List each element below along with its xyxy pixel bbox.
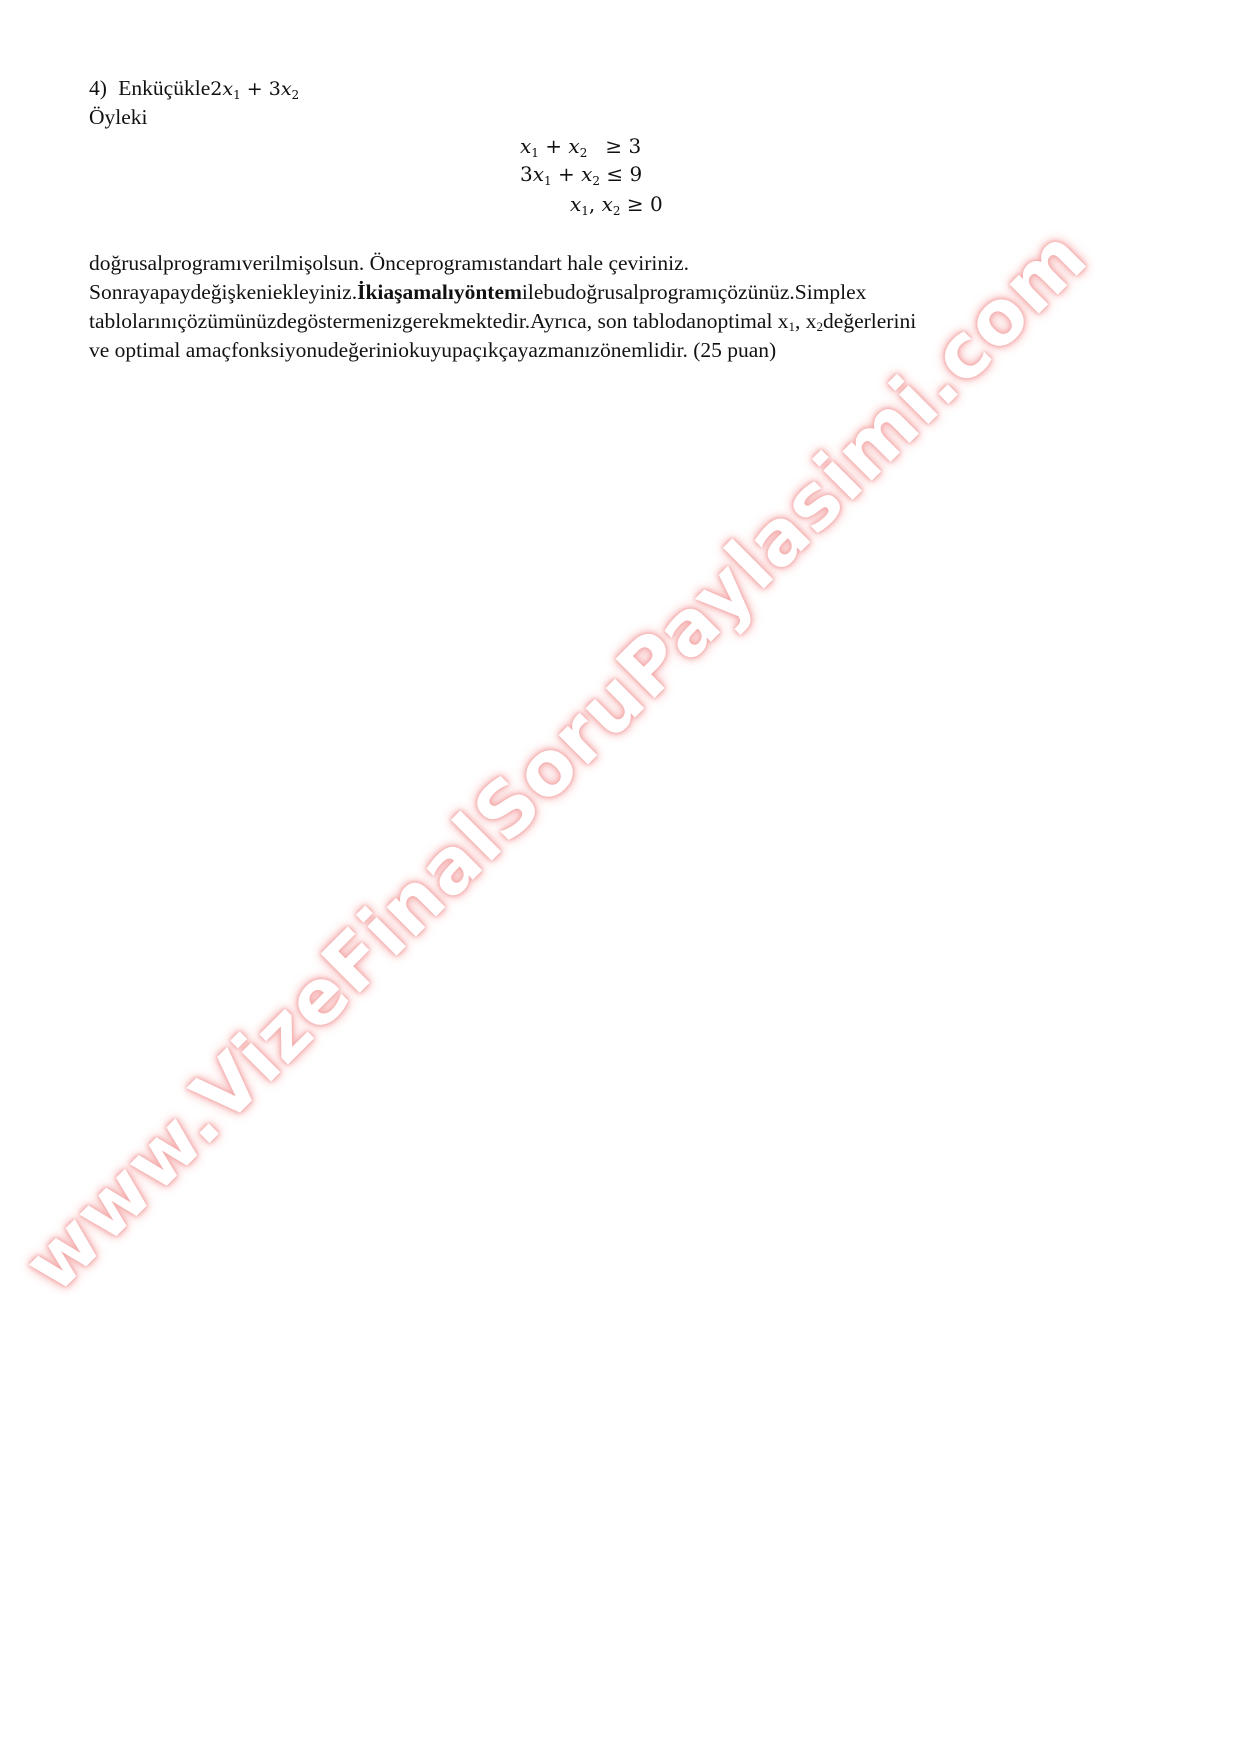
paragraph-line-2: Sonrayapaydeğişkeniekleyiniz.İkiaşamalıy… xyxy=(89,278,916,307)
objective-line: 4) Enküçükle2x1 + 3x2 xyxy=(89,74,299,103)
constraint-nonnegativity: x1, x2 ≥ 0 xyxy=(570,190,663,218)
such-that-label: Öyleki xyxy=(89,103,299,131)
method-emphasis: İkiaşamalıyöntem xyxy=(357,280,522,304)
question-heading: 4) Enküçükle2x1 + 3x2 Öyleki xyxy=(89,74,299,131)
instructions-paragraph: doğrusalprogramıverilmişolsun. Önceprogr… xyxy=(89,249,916,365)
constraint-2: 3x1 + x2 ≤ 9 xyxy=(520,160,642,188)
watermark: www.VizeFinalSoruPaylasimi.com xyxy=(6,211,1104,1309)
question-number: 4) xyxy=(89,76,107,100)
paragraph-line-4: ve optimal amaçfonksiyonudeğeriniokuyupa… xyxy=(89,336,916,365)
constraint-1: x1 + x2≥ 3 xyxy=(520,132,641,160)
document-page: 4) Enküçükle2x1 + 3x2 Öyleki x1 + x2≥ 3 … xyxy=(0,0,1239,1754)
objective-function: 2x1 + 3x2 xyxy=(210,78,299,100)
paragraph-line-1: doğrusalprogramıverilmişolsun. Önceprogr… xyxy=(89,249,916,278)
objective-label: Enküçükle xyxy=(118,76,210,100)
paragraph-line-3: tablolarınıçözümünüzdegöstermenizgerekme… xyxy=(89,307,916,336)
